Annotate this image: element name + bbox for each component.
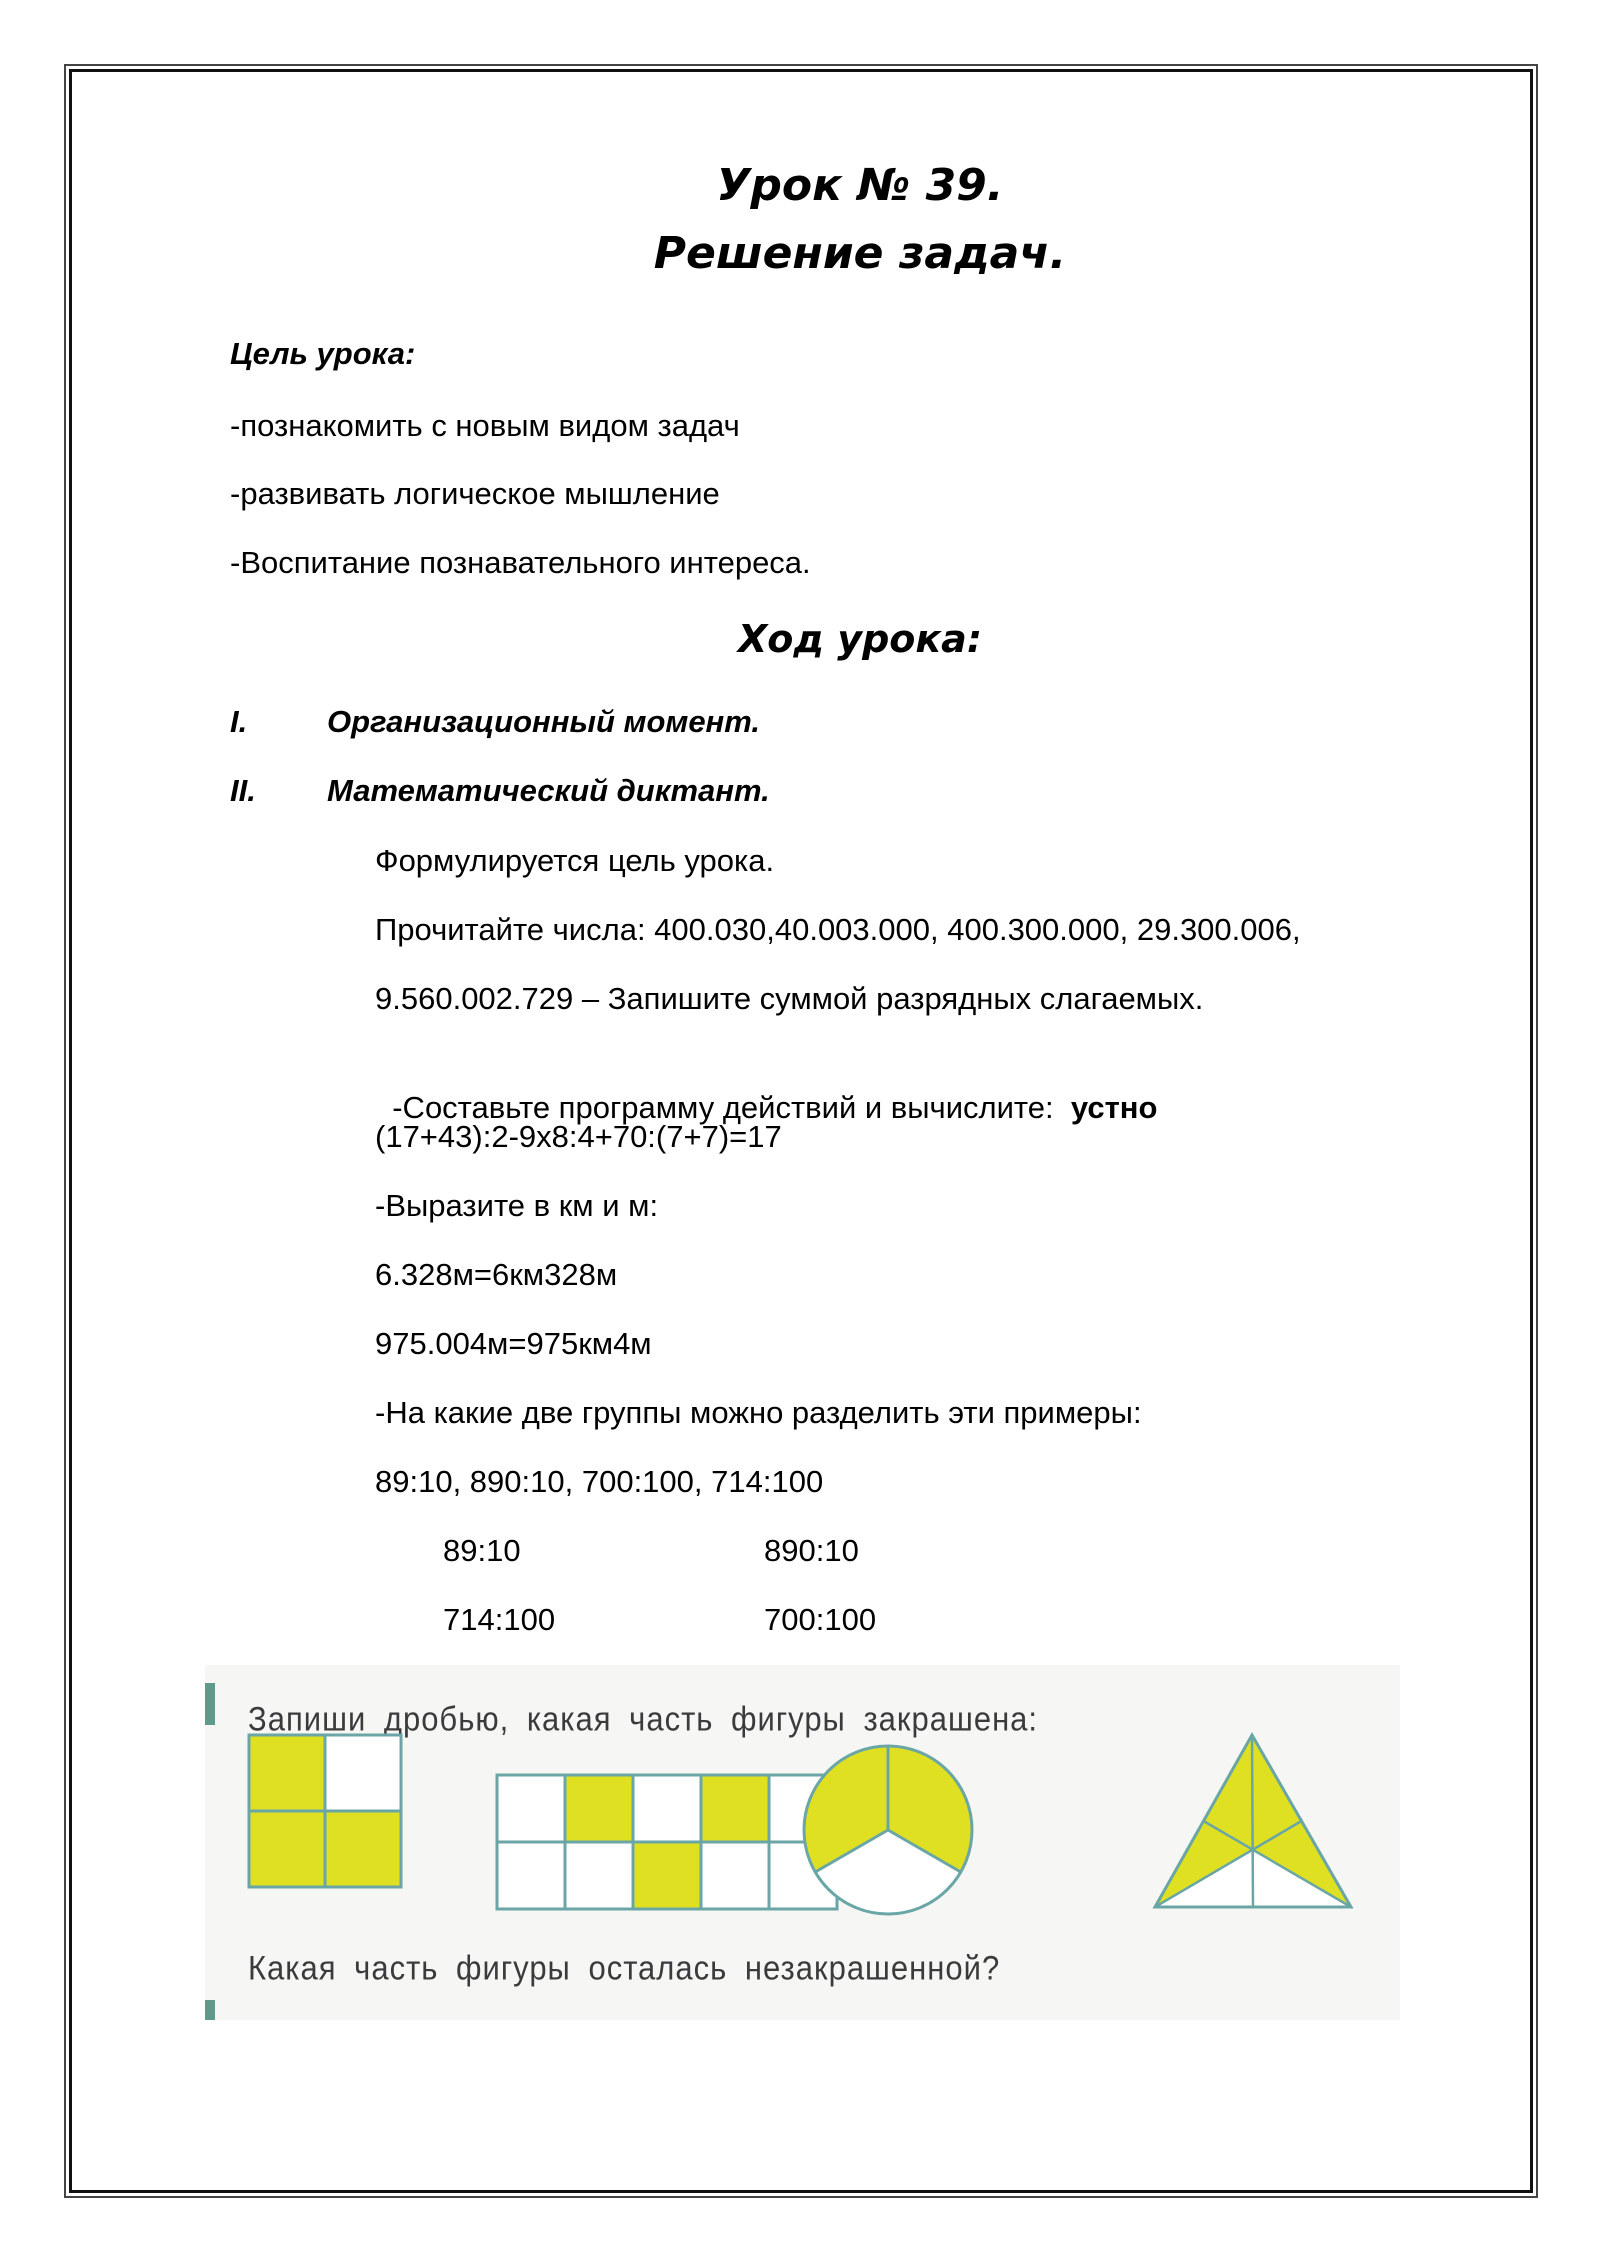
goal-label: Цель урока: (230, 334, 415, 374)
triangle-figure (1155, 1735, 1351, 1907)
body-line-task: -Составьте программу действий и вычислит… (375, 1048, 1157, 1128)
lesson-topic-title: Решение задач. (0, 224, 1600, 284)
conversion-line: 975.004м=975км4м (375, 1324, 652, 1364)
body-line: Прочитайте числа: 400.030,40.003.000, 40… (375, 910, 1301, 950)
task-mode-bold: устно (1071, 1090, 1158, 1125)
expression-line: (17+43):2-9х8:4+70:(7+7)=17 (375, 1117, 782, 1157)
conversion-line: 6.328м=6км328м (375, 1255, 617, 1295)
section-title: Организационный момент. (327, 702, 760, 742)
examples-line: 89:10, 890:10, 700:100, 714:100 (375, 1462, 823, 1502)
fraction-figures (205, 1665, 1400, 2020)
lesson-number-title: Урок № 39. (0, 156, 1600, 216)
body-line: -Выразите в км и м: (375, 1186, 658, 1226)
goal-item: -Воспитание познавательного интереса. (230, 543, 811, 583)
textbook-exercise-image: Запиши дробью, какая часть фигуры закраш… (205, 1665, 1400, 2020)
group-left-item: 714:100 (443, 1600, 555, 1640)
section-title: Математический диктант. (327, 771, 770, 811)
body-line: -На какие две группы можно разделить эти… (375, 1393, 1142, 1433)
body-line: Формулируется цель урока. (375, 841, 774, 881)
body-line: 9.560.002.729 – Запишите суммой разрядны… (375, 979, 1203, 1019)
section-numeral: II. (230, 771, 256, 811)
square-figure (249, 1735, 401, 1887)
goal-item: -познакомить с новым видом задач (230, 406, 740, 446)
circle-figure (804, 1746, 972, 1914)
rectangle-figure (497, 1775, 837, 1909)
goal-item: -развивать логическое мышление (230, 474, 720, 514)
group-left-item: 89:10 (443, 1531, 521, 1571)
lesson-course-heading: Ход урока: (0, 614, 1600, 664)
group-right-item: 700:100 (764, 1600, 876, 1640)
group-right-item: 890:10 (764, 1531, 859, 1571)
section-numeral: I. (230, 702, 247, 742)
